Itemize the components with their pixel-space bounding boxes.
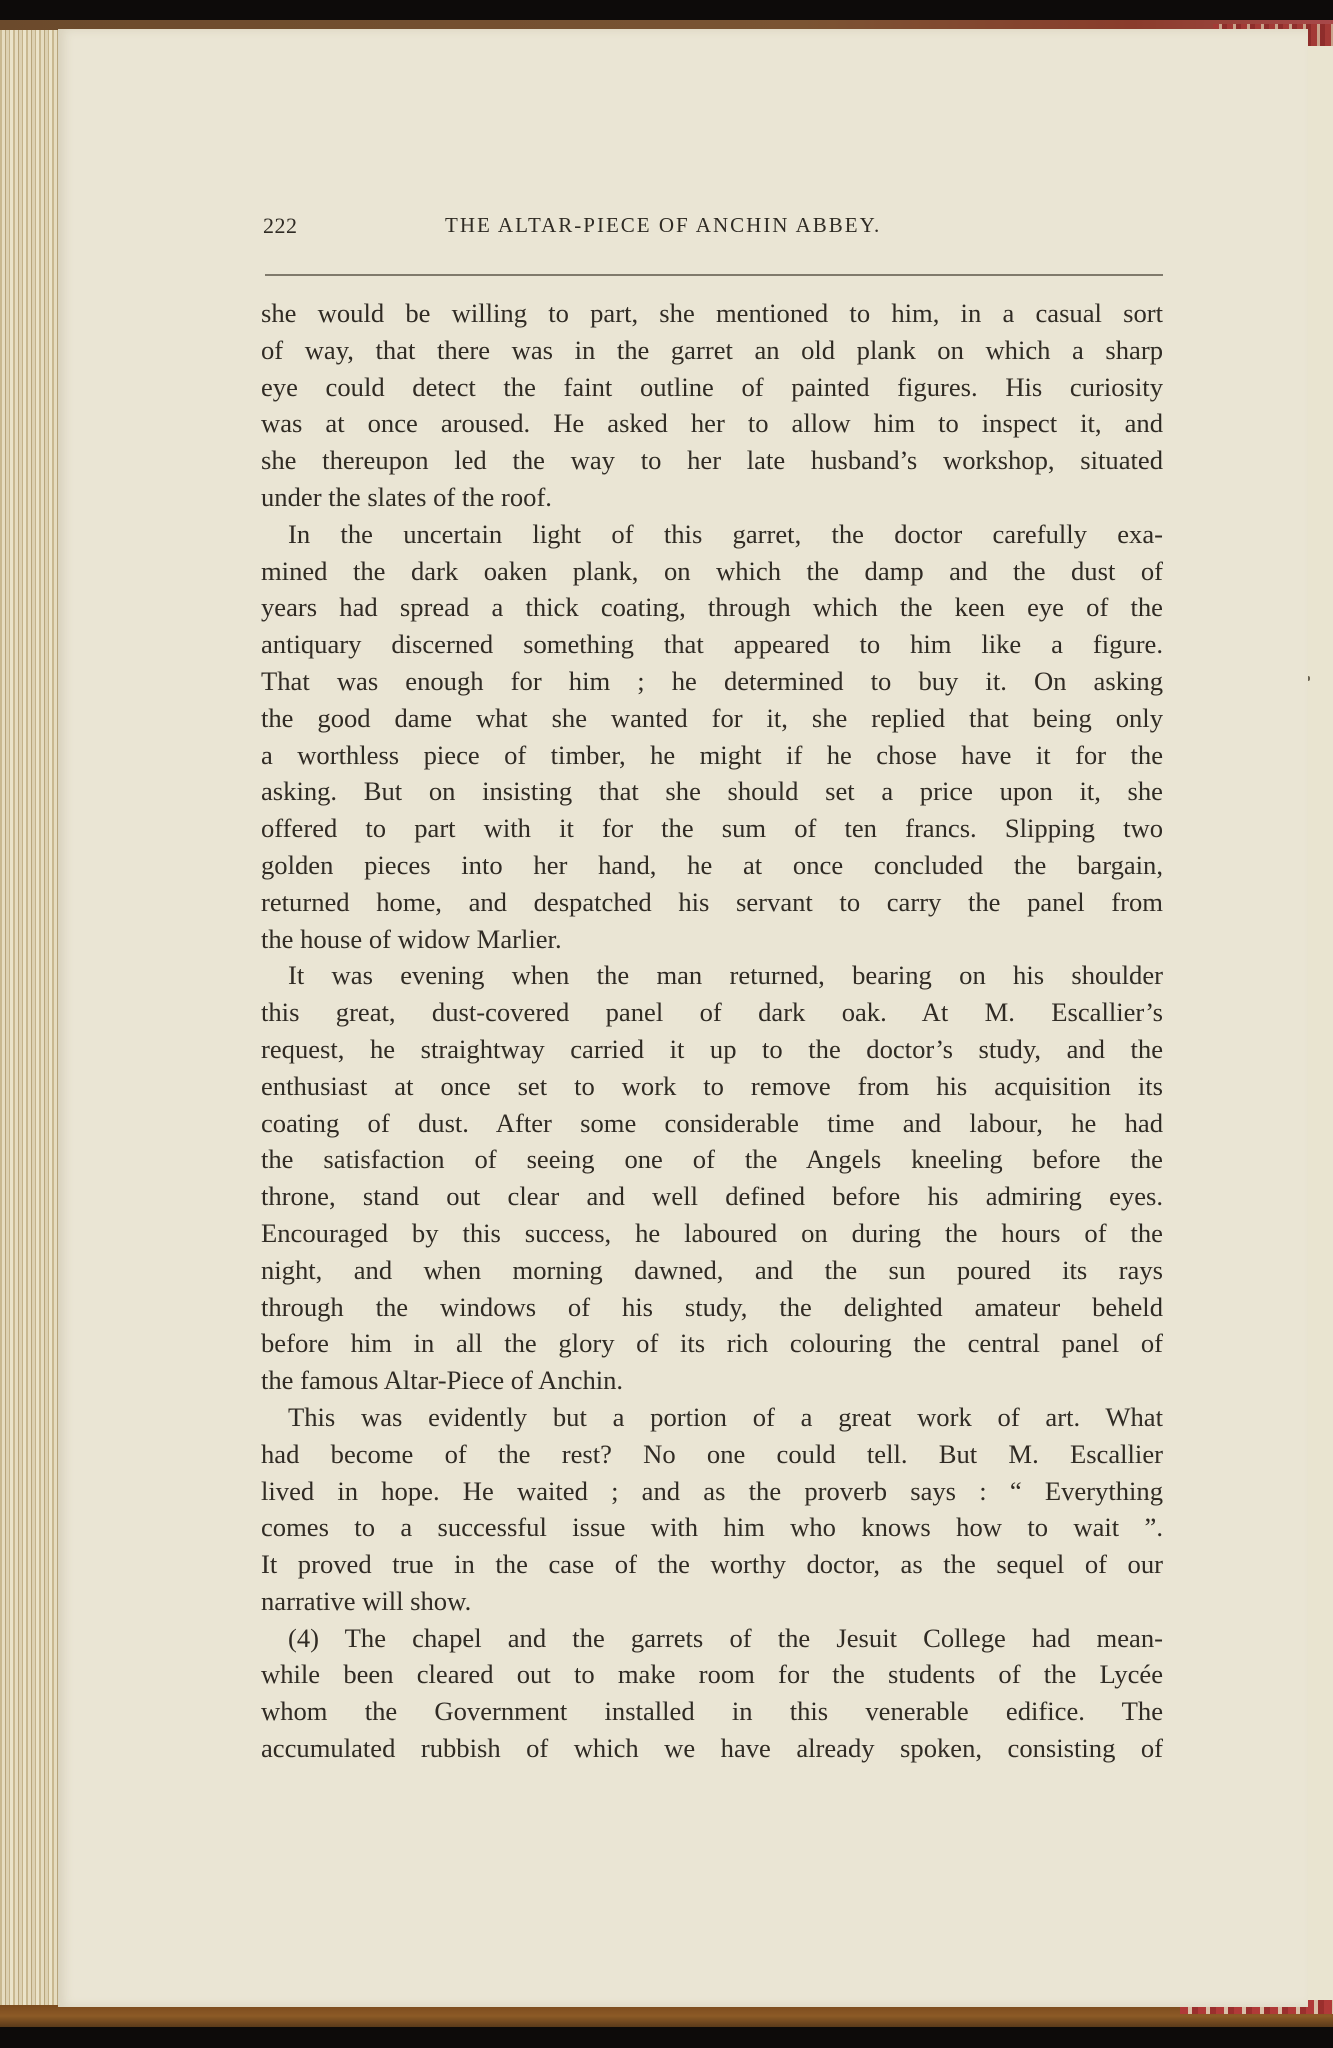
header-rule bbox=[265, 274, 1163, 276]
text-line: In the uncertain light of this garret, t… bbox=[261, 516, 1163, 553]
text-line: Encouraged by this success, he laboured … bbox=[261, 1215, 1163, 1252]
text-line: It was evening when the man returned, be… bbox=[261, 957, 1163, 994]
text-line: the good dame what she wanted for it, sh… bbox=[261, 700, 1163, 737]
text-line: That was enough for him ; he determined … bbox=[261, 663, 1163, 700]
text-line: while been cleared out to make room for … bbox=[261, 1656, 1163, 1693]
text-line: she thereupon led the way to her late hu… bbox=[261, 442, 1163, 479]
text-line: eye could detect the faint outline of pa… bbox=[261, 369, 1163, 406]
text-line: It proved true in the case of the worthy… bbox=[261, 1546, 1163, 1583]
text-line: lived in hope. He waited ; and as the pr… bbox=[261, 1473, 1163, 1510]
text-line: returned home, and despatched his servan… bbox=[261, 884, 1163, 921]
page-number: 222 bbox=[263, 213, 298, 239]
text-line: enthusiast at once set to work to remove… bbox=[261, 1068, 1163, 1105]
text-line: This was evidently but a portion of a gr… bbox=[261, 1399, 1163, 1436]
paragraph: It was evening when the man returned, be… bbox=[261, 957, 1163, 1399]
text-line: of way, that there was in the garret an … bbox=[261, 332, 1163, 369]
paragraph: (4) The chapel and the garrets of the Je… bbox=[261, 1620, 1163, 1767]
running-header: 222 THE ALTAR-PIECE OF ANCHIN ABBEY. bbox=[263, 213, 1163, 243]
text-line: coating of dust. After some considerable… bbox=[261, 1105, 1163, 1142]
text-line: comes to a successful issue with him who… bbox=[261, 1509, 1163, 1546]
text-line: asking. But on insisting that she should… bbox=[261, 773, 1163, 810]
paragraph: This was evidently but a portion of a gr… bbox=[261, 1399, 1163, 1620]
paragraph: In the uncertain light of this garret, t… bbox=[261, 516, 1163, 958]
page-stack-left bbox=[0, 30, 60, 2008]
text-line: was at once aroused. He asked her to all… bbox=[261, 405, 1163, 442]
text-line: through the windows of his study, the de… bbox=[261, 1289, 1163, 1326]
text-line: this great, dust-covered panel of dark o… bbox=[261, 994, 1163, 1031]
book-cover-bottom-edge bbox=[0, 2005, 1333, 2027]
text-line: a worthless piece of timber, he might if… bbox=[261, 737, 1163, 774]
text-line: golden pieces into her hand, he at once … bbox=[261, 847, 1163, 884]
text-line: offered to part with it for the sum of t… bbox=[261, 810, 1163, 847]
text-line: the house of widow Marlier. bbox=[261, 921, 1163, 958]
text-line: request, he straightway carried it up to… bbox=[261, 1031, 1163, 1068]
text-line: antiquary discerned something that appea… bbox=[261, 626, 1163, 663]
body-text: she would be willing to part, she mentio… bbox=[261, 295, 1163, 1767]
text-line: the satisfaction of seeing one of the An… bbox=[261, 1141, 1163, 1178]
running-title: THE ALTAR-PIECE OF ANCHIN ABBEY. bbox=[445, 213, 881, 238]
text-line: night, and when morning dawned, and the … bbox=[261, 1252, 1163, 1289]
text-line: accumulated rubbish of which we have alr… bbox=[261, 1730, 1163, 1767]
text-line: had become of the rest? No one could tel… bbox=[261, 1436, 1163, 1473]
text-line: before him in all the glory of its rich … bbox=[261, 1325, 1163, 1362]
text-line: mined the dark oaken plank, on which the… bbox=[261, 553, 1163, 590]
text-line: (4) The chapel and the garrets of the Je… bbox=[261, 1620, 1163, 1657]
text-line: the famous Altar-Piece of Anchin. bbox=[261, 1362, 1163, 1399]
paragraph: she would be willing to part, she mentio… bbox=[261, 295, 1163, 516]
text-line: narrative will show. bbox=[261, 1583, 1163, 1620]
text-line: throne, stand out clear and well defined… bbox=[261, 1178, 1163, 1215]
text-line: years had spread a thick coating, throug… bbox=[261, 589, 1163, 626]
text-line: under the slates of the roof. bbox=[261, 479, 1163, 516]
text-line: she would be willing to part, she mentio… bbox=[261, 295, 1163, 332]
text-line: whom the Government installed in this ve… bbox=[261, 1693, 1163, 1730]
